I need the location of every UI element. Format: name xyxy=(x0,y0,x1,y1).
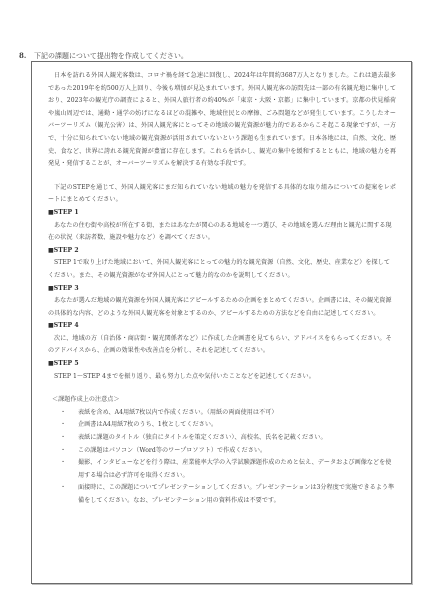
step-5: ■STEP 5 STEP 1～STEP 4までを振り返り、最も努力した点や気付い… xyxy=(48,358,396,383)
note-text: この課題はパソコン（Word等のワープロソフト）で作成ください。 xyxy=(78,447,266,454)
task-intro: 下記のSTEPを通じて、外国人観光客にまだ知られていない地域の魅力を発信する具体… xyxy=(48,182,396,207)
note-text: 表紙を含め、A4用紙7枚以内で作成ください。（用紙の両面使用は不可） xyxy=(78,409,277,416)
question-header: 8.下記の課題について提出物を作成してください。 xyxy=(19,51,188,61)
bullet-icon: ・ xyxy=(60,457,66,470)
step-1: ■STEP 1 あなたの住む街や高校が所在する街、またはあなたが関心のある地域を… xyxy=(48,207,396,245)
step-body: STEP 1で取り上げた地域において、外国人観光客にとっての魅力的な観光資源（自… xyxy=(48,257,396,282)
note-item: ・面接時に、この課題についてプレゼンテーションしてください。プレゼンテーションは… xyxy=(48,482,396,507)
notes-title: ＜課題作成上の注意点＞ xyxy=(48,394,396,407)
step-2: ■STEP 2 STEP 1で取り上げた地域において、外国人観光客にとっての魅力… xyxy=(48,245,396,283)
step-heading: ■STEP 2 xyxy=(48,245,396,258)
note-item: ・撮影、インタビューなどを行う際は、産業能率大学の入学試験課題作成のためと伝え、… xyxy=(48,457,396,482)
note-text: 撮影、インタビューなどを行う際は、産業能率大学の入学試験課題作成のためと伝え、デ… xyxy=(78,459,391,479)
note-text: 面接時に、この課題についてプレゼンテーションしてください。プレゼンテーションは3… xyxy=(78,484,394,504)
note-item: ・表紙に課題のタイトル（独自にタイトルを策定ください）、高校名、氏名を記載くださ… xyxy=(48,432,396,445)
step-heading: ■STEP 1 xyxy=(48,207,396,220)
bullet-icon: ・ xyxy=(60,432,66,445)
note-item: ・企画書はA4用紙7枚のうち、1枚としてください。 xyxy=(48,419,396,432)
bullet-icon: ・ xyxy=(60,407,66,420)
note-item: ・表紙を含め、A4用紙7枚以内で作成ください。（用紙の両面使用は不可） xyxy=(48,407,396,420)
question-number: 8. xyxy=(19,51,34,61)
spacer xyxy=(48,171,396,182)
step-3: ■STEP 3 あなたが選んだ地域の観光資源を外国人観光客にアピールするための企… xyxy=(48,283,396,321)
notes-list: ・表紙を含め、A4用紙7枚以内で作成ください。（用紙の両面使用は不可） ・企画書… xyxy=(48,407,396,508)
bullet-icon: ・ xyxy=(60,419,66,432)
bullet-icon: ・ xyxy=(60,482,66,495)
step-4: ■STEP 4 次に、地域の方（自治体・商店街・観光関係者など）に作成した企画書… xyxy=(48,320,396,358)
note-item: ・この課題はパソコン（Word等のワープロソフト）で作成ください。 xyxy=(48,445,396,458)
question-instruction: 下記の課題について提出物を作成してください。 xyxy=(34,52,188,60)
note-text: 表紙に課題のタイトル（独自にタイトルを策定ください）、高校名、氏名を記載ください… xyxy=(78,434,327,441)
step-heading: ■STEP 5 xyxy=(48,358,396,371)
step-heading: ■STEP 4 xyxy=(48,320,396,333)
step-body: STEP 1～STEP 4までを振り返り、最も努力した点や気付いたことなどを記述… xyxy=(48,371,396,384)
intro-paragraph: 日本を訪れる外国人観光客数は、コロナ禍を経て急速に回復し、2024年は年間約36… xyxy=(48,70,396,171)
step-body: あなたが選んだ地域の観光資源を外国人観光客にアピールするための企画をまとめてくだ… xyxy=(48,295,396,320)
step-heading: ■STEP 3 xyxy=(48,283,396,296)
assignment-content: 日本を訪れる外国人観光客数は、コロナ禍を経て急速に回復し、2024年は年間約36… xyxy=(48,70,396,508)
note-text: 企画書はA4用紙7枚のうち、1枚としてください。 xyxy=(78,421,217,428)
step-body: あなたの住む街や高校が所在する街、またはあなたが関心のある地域を一つ選び、その地… xyxy=(48,220,396,245)
step-body: 次に、地域の方（自治体・商店街・観光関係者など）に作成した企画書を見てもらい、ア… xyxy=(48,333,396,358)
spacer xyxy=(48,383,396,394)
bullet-icon: ・ xyxy=(60,445,66,458)
